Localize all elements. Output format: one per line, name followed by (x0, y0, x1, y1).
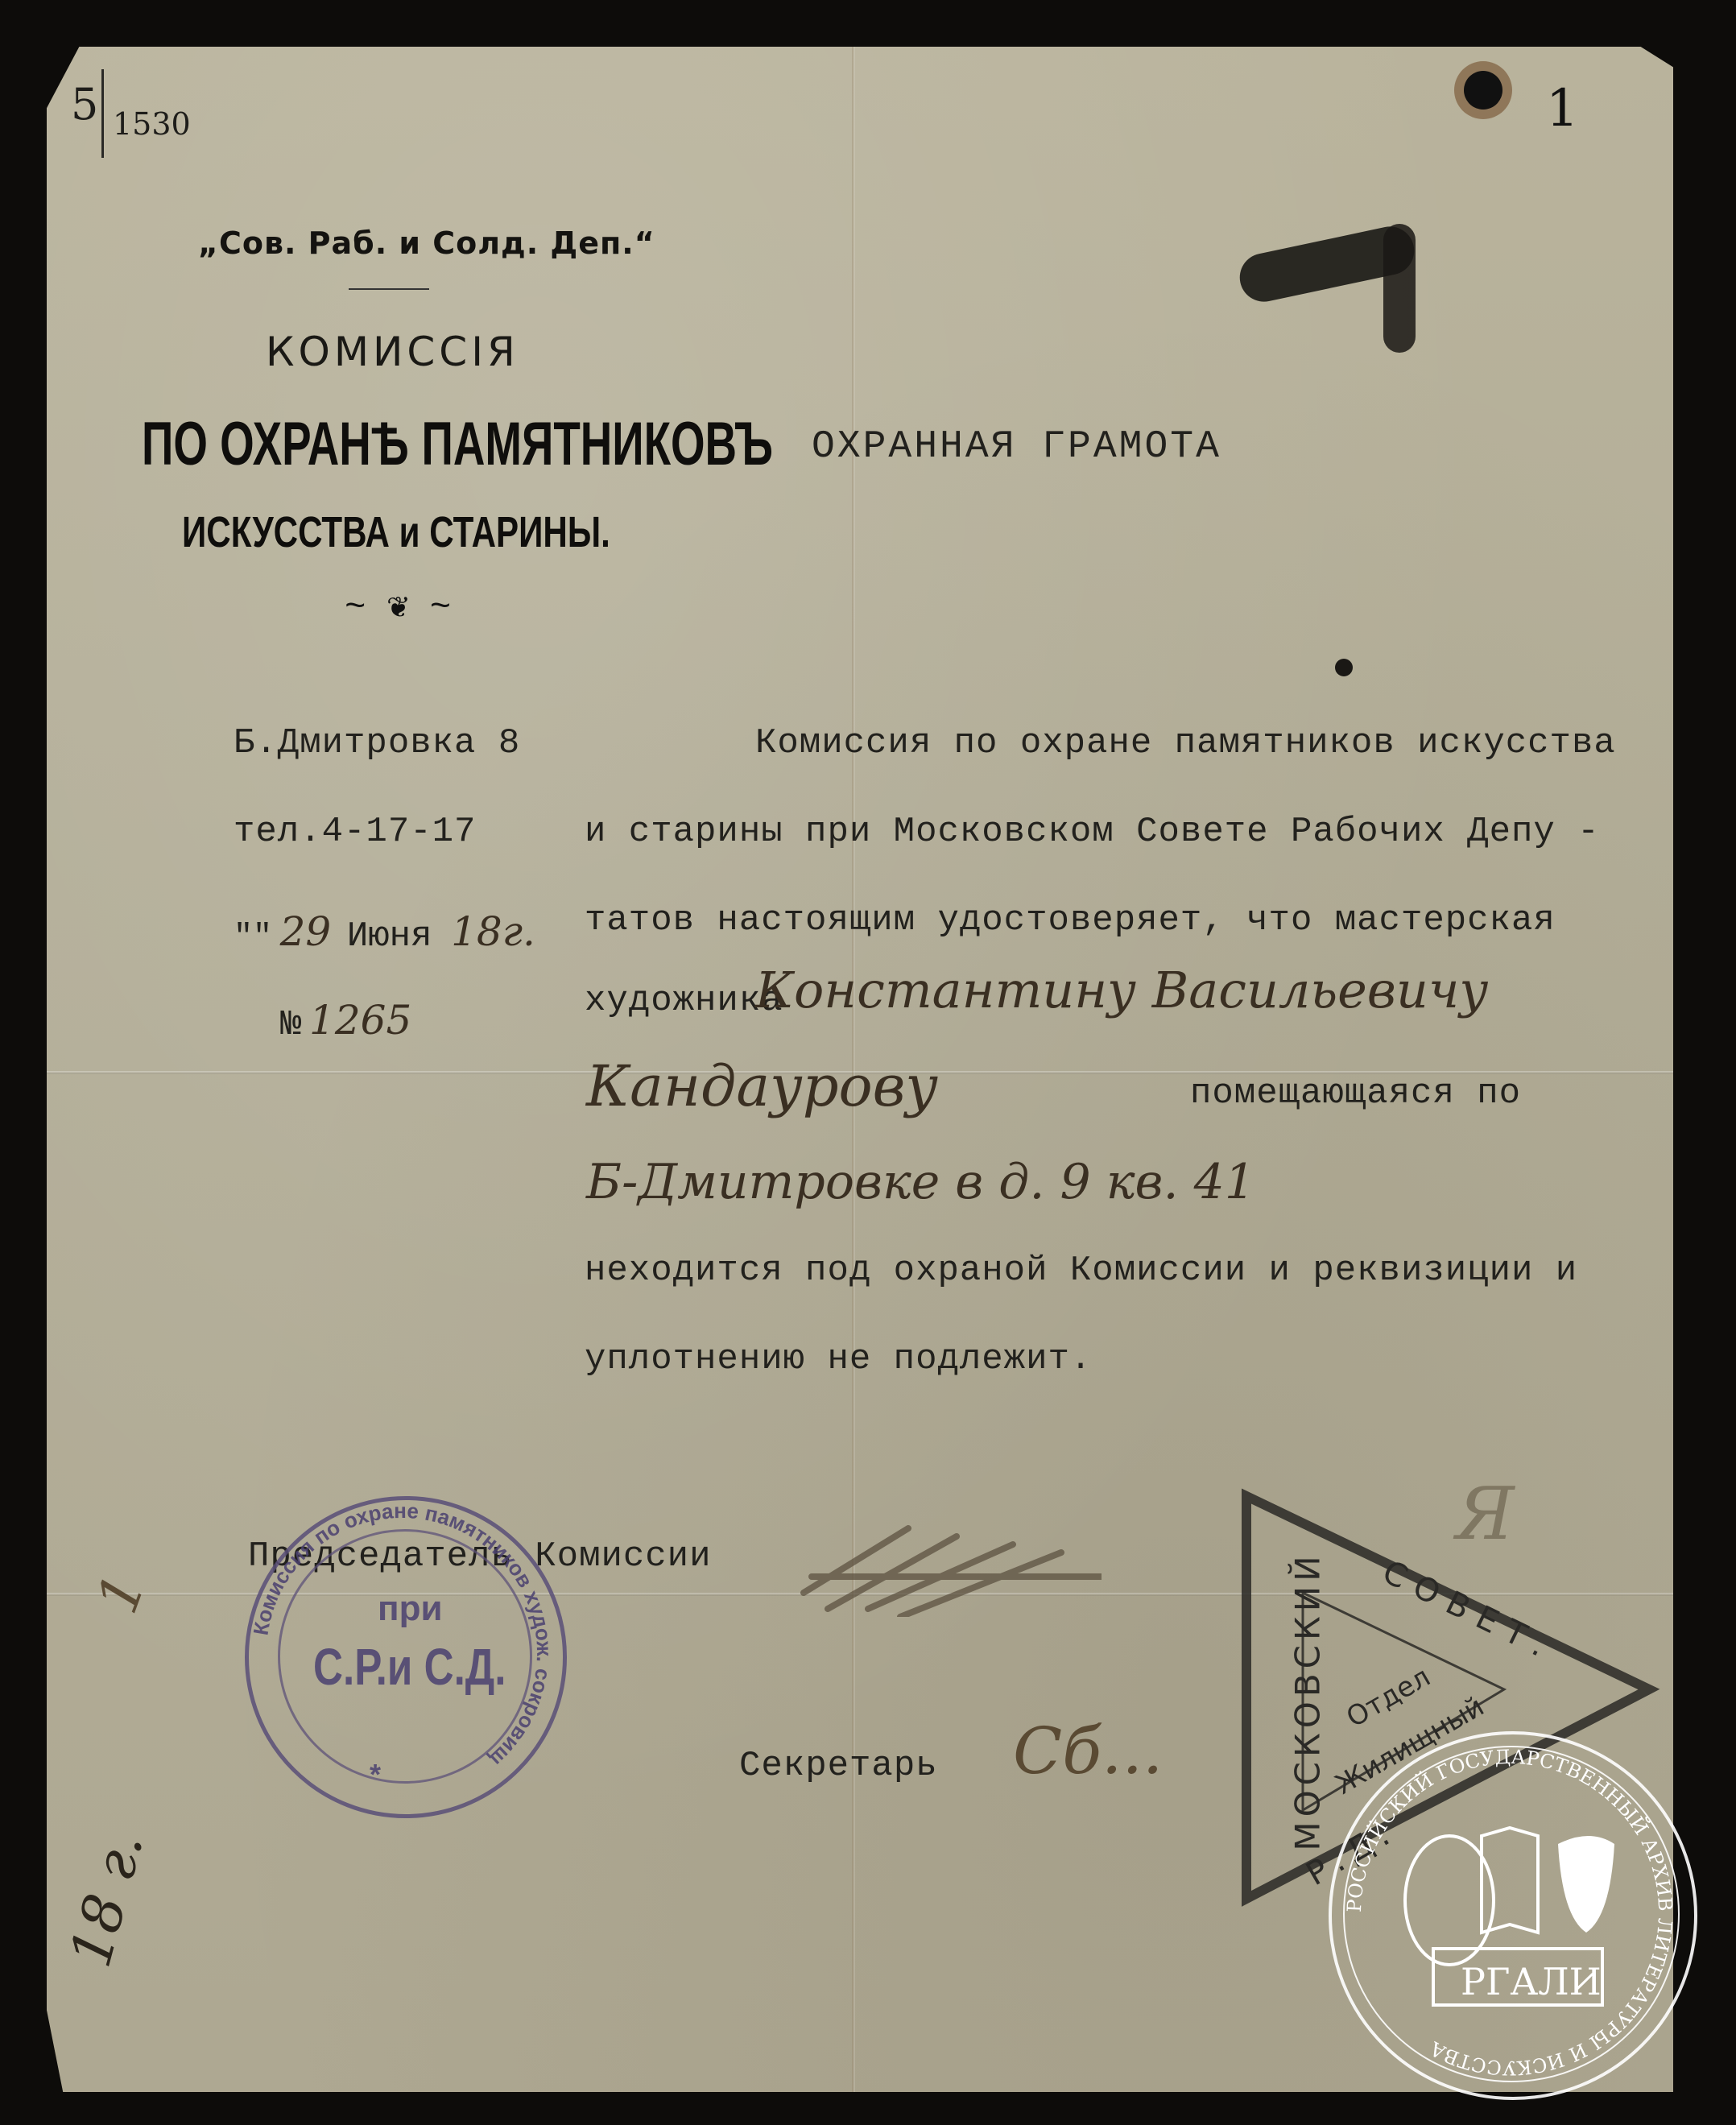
artist-name: Константину Васильевичу (755, 961, 1488, 1019)
located-label: помещающаяся по (1190, 1073, 1521, 1114)
triangle-stamp-signature: Я (1456, 1472, 1515, 1557)
number-value: 1265 (309, 997, 411, 1044)
address-handwritten: Б-Дмитровке в д. 9 кв. 41 (586, 1154, 1255, 1210)
round-stamp: Комиссия по охране памятников худож. сок… (245, 1496, 567, 1818)
date-prefix: "" (234, 920, 272, 956)
date-year: 18г. (451, 908, 535, 955)
commission-word: КОМИССІЯ (266, 329, 519, 375)
letterhead-rule (349, 288, 429, 290)
body-line-3: татов настоящим удостоверяет, что мастер… (585, 900, 1556, 941)
secretary-signature: Сб... (1013, 1714, 1163, 1788)
file-number: 1530 (113, 106, 191, 142)
margin-date-note: 18 г. (57, 1825, 156, 1974)
round-stamp-center-main: С.Р.и С.Д. (313, 1637, 506, 1697)
artist-surname: Кандаурову (586, 1053, 938, 1119)
date-day: 29 (280, 908, 332, 955)
triangle-stamp-side-text: МОСКОВСКИЙ (1288, 1551, 1328, 1850)
star-icon: * (370, 1758, 381, 1792)
phone: тел.4-17-17 (234, 812, 476, 852)
archive-divider (101, 69, 104, 158)
date-line: "" 29 Июня 18г. (234, 908, 535, 957)
ink-mark (1383, 224, 1416, 353)
page-number: 1 (1546, 79, 1579, 138)
chairman-signature (796, 1520, 1102, 1617)
council-line: „Сов. Раб. и Солд. Деп.“ (198, 225, 655, 261)
closing-line-2: уплотнению не подлежит. (585, 1339, 1092, 1379)
letterhead-title-line1: ПО ОХРАНѢ ПАМЯТНИКОВЪ (142, 409, 773, 479)
svg-text:Комиссия по охране памятников: Комиссия по охране памятников худож. сок… (248, 1499, 556, 1772)
ink-dot (1335, 659, 1353, 676)
fond-number: 5 (71, 79, 98, 130)
margin-initial: 1 (84, 1565, 158, 1622)
secretary-label: Секретарь (739, 1746, 938, 1786)
closing-line-1: неходится под охраной Комиссии и реквизи… (585, 1251, 1577, 1291)
document-title: ОХРАННАЯ ГРАМОТА (812, 425, 1221, 469)
watermark-ring-text: РОССИЙСКИЙ ГОСУДАРСТВЕННЫЙ АРХИВ ЛИТЕРАТ… (1343, 1746, 1676, 2079)
ornament-icon: ~ ❦ ~ (345, 585, 451, 628)
letterhead-title-line2: ИСКУССТВА и СТАРИНЫ. (182, 507, 610, 557)
body-line-2: и старины при Московском Совете Рабочих … (585, 812, 1600, 852)
address: Б.Дмитровка 8 (234, 723, 520, 763)
round-stamp-outer-text: Комиссия по охране памятников худож. сок… (248, 1499, 556, 1772)
date-month: Июня (347, 916, 432, 957)
body-line-1: Комиссия по охране памятников искусства (755, 723, 1616, 763)
artist-label: художника (585, 981, 783, 1021)
number-label: № (280, 1005, 301, 1045)
ink-blot (1464, 71, 1502, 110)
document-number: № 1265 (280, 997, 411, 1045)
watermark-abbr: РГАЛИ (1461, 1960, 1602, 2003)
svg-text:РОССИЙСКИЙ ГОСУДАРСТВЕННЫЙ АРХ: РОССИЙСКИЙ ГОСУДАРСТВЕННЫЙ АРХИВ ЛИТЕРАТ… (1343, 1746, 1676, 2079)
round-stamp-center-top: при (378, 1589, 443, 1629)
archive-watermark: РОССИЙСКИЙ ГОСУДАРСТВЕННЫЙ АРХИВ ЛИТЕРАТ… (1329, 1731, 1697, 2100)
